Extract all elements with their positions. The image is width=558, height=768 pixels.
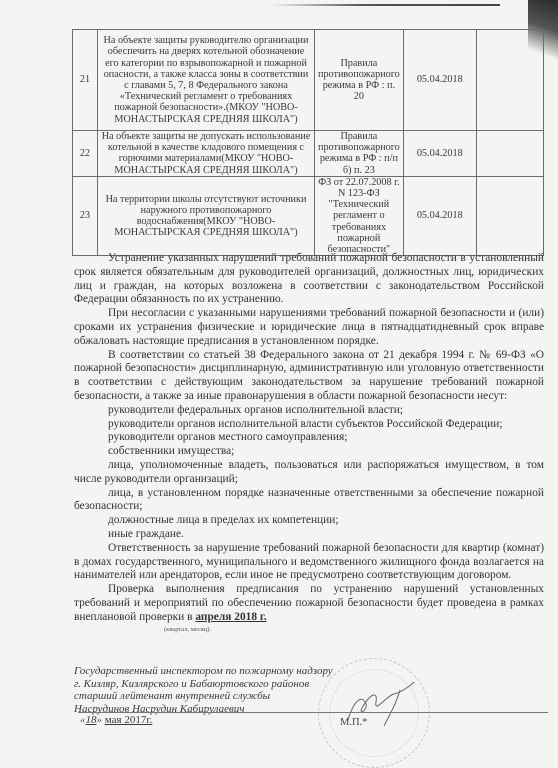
completion-note — [476, 131, 543, 177]
inspector-signature-block: Государственный инспектором по пожарному… — [74, 665, 374, 715]
liable-party-item: иные граждане. — [74, 528, 544, 542]
table-row: 22 На объекте защиты не допускать исполь… — [73, 131, 544, 177]
row-number: 23 — [73, 176, 98, 255]
deadline-date: 05.04.2018 — [403, 131, 476, 177]
inspector-position: Государственный инспектором по пожарному… — [74, 665, 374, 678]
deadline-hint: (квартал, месяц). — [164, 625, 544, 634]
row-number: 22 — [73, 131, 98, 177]
paragraph-liability: В соответствии со статьей 38 Федеральног… — [74, 349, 544, 404]
liable-party-item: собственники имущества; — [74, 445, 544, 459]
signature-line — [78, 712, 548, 713]
deadline-date: 05.04.2018 — [403, 176, 476, 255]
inspection-deadline: апреля 2018 г. — [195, 611, 266, 623]
violated-rule: ФЗ от 22.07.2008 г. N 123-ФЗ "Технически… — [315, 176, 404, 255]
liable-party-item: руководители органов исполнительной влас… — [74, 418, 544, 432]
issue-month-year: мая 2017г. — [105, 714, 153, 726]
deadline-date: 05.04.2018 — [403, 30, 476, 131]
paragraph-appeal: При несогласии с указанными нарушениями … — [74, 307, 544, 348]
page-edge-shadow — [270, 4, 500, 6]
completion-note — [476, 30, 543, 131]
liable-party-item: лица, уполномоченные владеть, пользовать… — [74, 459, 544, 487]
inspector-district: г. Кизляр, Кизлярского и Бабаюртовского … — [74, 678, 374, 691]
completion-note — [476, 176, 543, 255]
paragraph-inspection: Проверка выполнения предписания по устра… — [74, 583, 544, 624]
violated-rule: Правила противопожарного режима в РФ : п… — [315, 30, 404, 131]
paragraph-obligation: Устранение указанных нарушений требовани… — [74, 252, 544, 307]
table-row: 23 На территории школы отсутствуют источ… — [73, 176, 544, 255]
issue-day: 18 — [86, 714, 97, 726]
violated-rule: Правила противопожарного режима в РФ : п… — [315, 131, 404, 177]
inspector-rank: старший лейтенант внутренней службы — [74, 690, 374, 703]
paragraph-tenant-liability: Ответственность за нарушение требований … — [74, 542, 544, 583]
violation-description: На территории школы отсутствуют источник… — [98, 176, 315, 255]
violation-description: На объекте защиты не допускать использов… — [98, 131, 315, 177]
violations-table: 21 На объекте защиты руководителю органи… — [72, 29, 544, 256]
stamp-place-label: М.П.* — [340, 717, 367, 728]
liable-party-item: руководители органов местного самоуправл… — [74, 431, 544, 445]
row-number: 21 — [73, 30, 98, 131]
issue-date: «18» мая 2017г. — [80, 714, 152, 726]
liable-party-item: руководители федеральных органов исполни… — [74, 404, 544, 418]
table-row: 21 На объекте защиты руководителю органи… — [73, 30, 544, 131]
violation-description: На объекте защиты руководителю организац… — [98, 30, 315, 131]
liable-party-item: лица, в установленном порядке назначенны… — [74, 487, 544, 515]
liable-party-item: должностные лица в пределах их компетенц… — [74, 514, 544, 528]
inspection-text: Проверка выполнения предписания по устра… — [74, 583, 544, 623]
document-body: Устранение указанных нарушений требовани… — [74, 252, 544, 634]
